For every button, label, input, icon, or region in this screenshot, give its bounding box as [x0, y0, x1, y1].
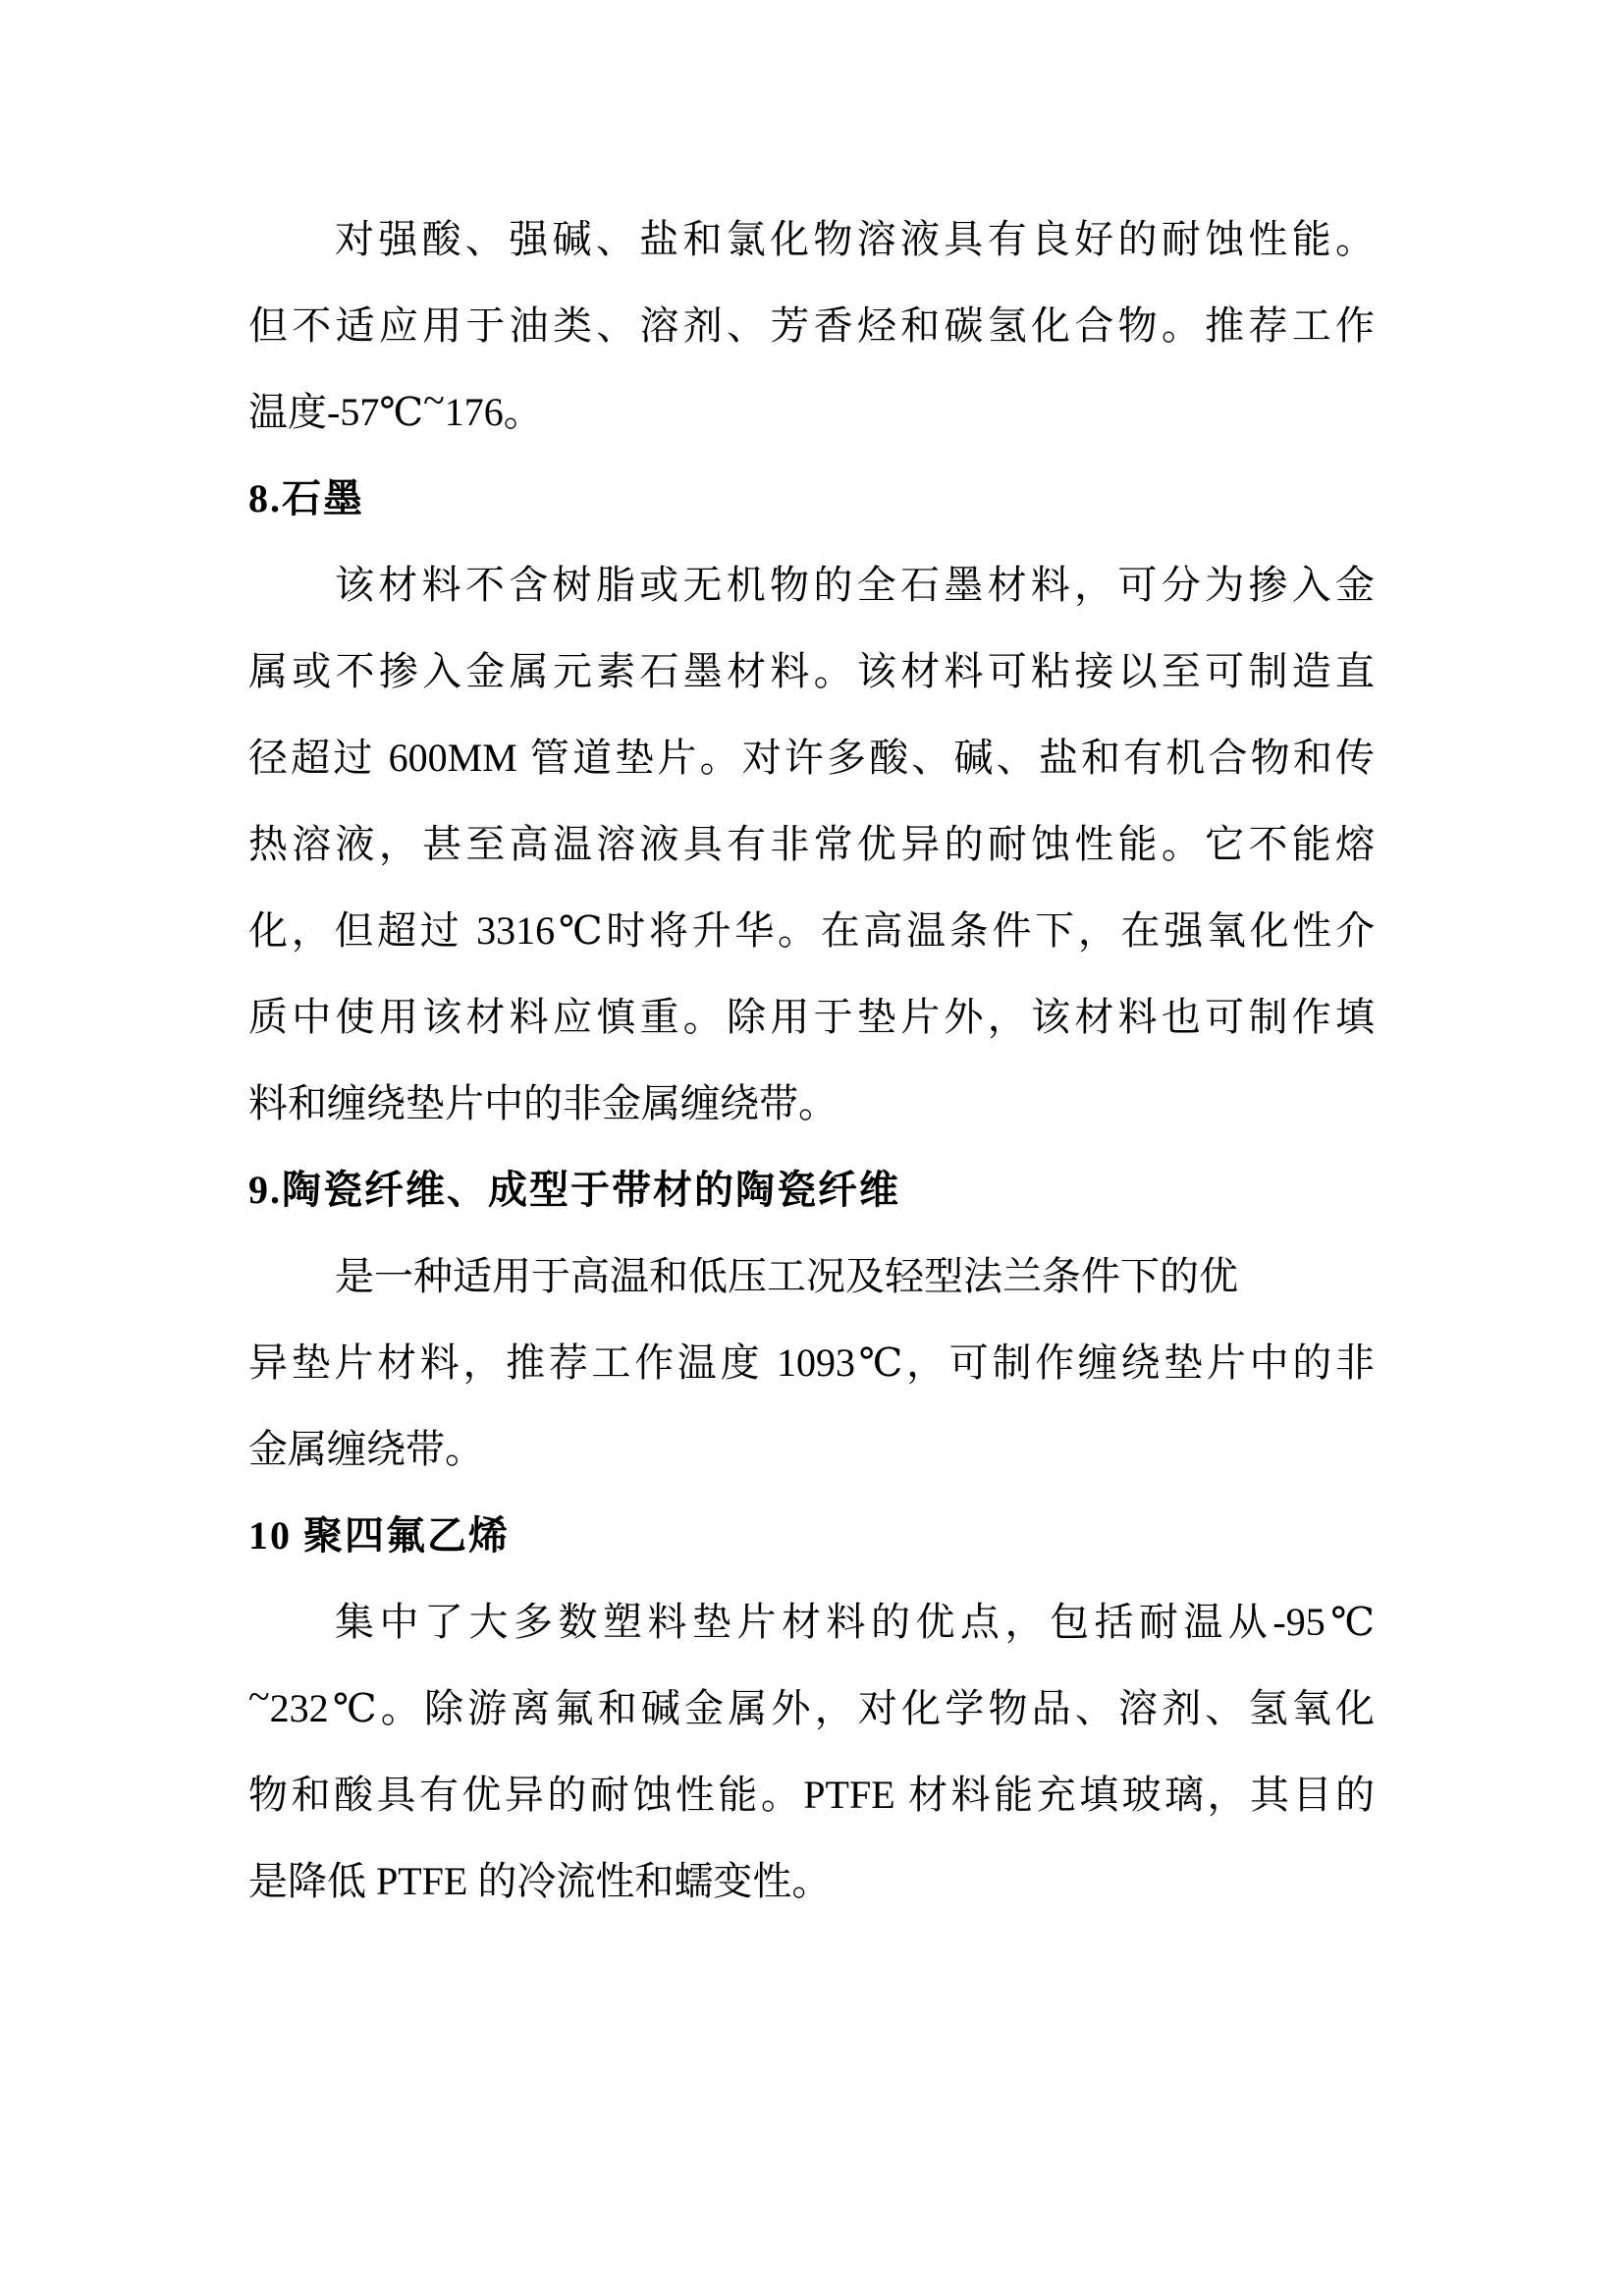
body-line: 金属缠绕带。 — [248, 1406, 1375, 1493]
body-line: 集中了大多数塑料垫片材料的优点，包括耐温从-95℃ — [248, 1579, 1375, 1666]
body-line: 径超过 600MM 管道垫片。对许多酸、碱、盐和有机合物和传 — [248, 715, 1375, 801]
text-column: 对强酸、强碱、盐和氯化物溶液具有良好的耐蚀性能。但不适应用于油类、溶剂、芳香烃和… — [248, 196, 1375, 1925]
tilde-mark: ~ — [423, 357, 445, 444]
heading-line: 10 聚四氟乙烯 — [248, 1493, 1375, 1579]
section-heading: 9.陶瓷纤维、成型于带材的陶瓷纤维 — [248, 1147, 1375, 1233]
tilde-mark: ~ — [248, 1654, 270, 1740]
body-line: 该材料不含树脂或无机物的全石墨材料，可分为掺入金 — [248, 542, 1375, 629]
paragraph: 该材料不含树脂或无机物的全石墨材料，可分为掺入金属或不掺入金属元素石墨材料。该材… — [248, 542, 1375, 1147]
body-line: 物和酸具有优异的耐蚀性能。PTFE 材料能充填玻璃，其目的 — [248, 1752, 1375, 1838]
paragraph: 是一种适用于高温和低压工况及轻型法兰条件下的优异垫片材料，推荐工作温度 1093… — [248, 1233, 1375, 1493]
body-line: 但不适应用于油类、溶剂、芳香烃和碳氢化合物。推荐工作 — [248, 283, 1375, 369]
body-line: 热溶液，甚至高温溶液具有非常优异的耐蚀性能。它不能熔 — [248, 801, 1375, 888]
body-line: 温度-57℃~176。 — [248, 369, 1375, 456]
section-heading: 8.石墨 — [248, 456, 1375, 542]
body-line: 质中使用该材料应慎重。除用于垫片外，该材料也可制作填 — [248, 974, 1375, 1061]
body-line: ~232℃。除游离氟和碱金属外，对化学物品、溶剂、氢氧化 — [248, 1666, 1375, 1752]
body-line: 料和缠绕垫片中的非金属缠绕带。 — [248, 1061, 1375, 1147]
body-line: 化，但超过 3316℃时将升华。在高温条件下，在强氧化性介 — [248, 888, 1375, 974]
body-line: 是一种适用于高温和低压工况及轻型法兰条件下的优 — [248, 1233, 1375, 1320]
heading-line: 8.石墨 — [248, 456, 1375, 542]
heading-line: 9.陶瓷纤维、成型于带材的陶瓷纤维 — [248, 1147, 1375, 1233]
document-page: 对强酸、强碱、盐和氯化物溶液具有良好的耐蚀性能。但不适应用于油类、溶剂、芳香烃和… — [0, 0, 1623, 2296]
body-line: 属或不掺入金属元素石墨材料。该材料可粘接以至可制造直 — [248, 629, 1375, 715]
body-line: 是降低 PTFE 的冷流性和蠕变性。 — [248, 1838, 1375, 1925]
body-line: 对强酸、强碱、盐和氯化物溶液具有良好的耐蚀性能。 — [248, 196, 1375, 283]
body-line: 异垫片材料，推荐工作温度 1093℃，可制作缠绕垫片中的非 — [248, 1320, 1375, 1406]
paragraph: 集中了大多数塑料垫片材料的优点，包括耐温从-95℃~232℃。除游离氟和碱金属外… — [248, 1579, 1375, 1925]
section-heading: 10 聚四氟乙烯 — [248, 1493, 1375, 1579]
paragraph: 对强酸、强碱、盐和氯化物溶液具有良好的耐蚀性能。但不适应用于油类、溶剂、芳香烃和… — [248, 196, 1375, 456]
